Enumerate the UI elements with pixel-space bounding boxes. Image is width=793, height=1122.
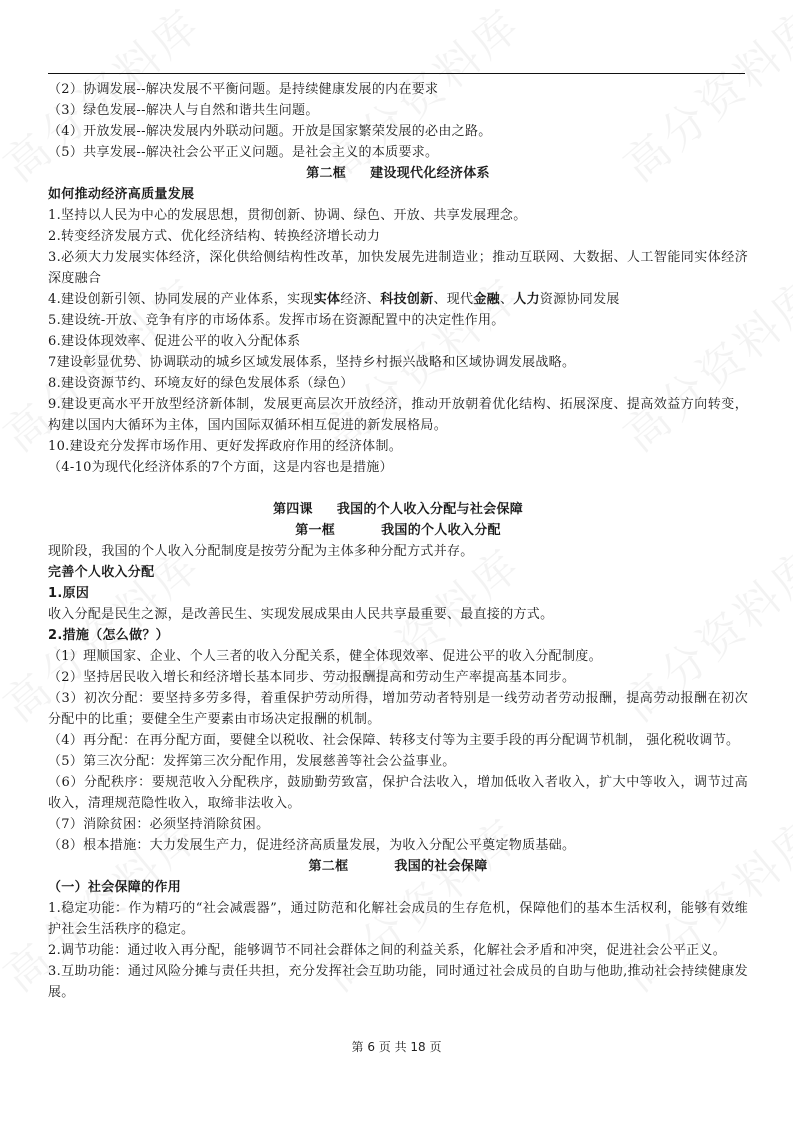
paragraph: 现阶段，我国的个人收入分配制度是按劳分配为主体多种分配方式并存。 bbox=[48, 541, 748, 562]
list-item: （4）再分配：在再分配方面，要健全以税收、社会保障、转移支付等为主要手段的再分配… bbox=[48, 730, 748, 751]
section-heading: 如何推动经济高质量发展 bbox=[48, 184, 748, 205]
list-item: 3.互助功能：通过风险分摊与责任共担，充分发挥社会互助功能，同时通过社会成员的自… bbox=[48, 961, 748, 1003]
section-title: 第二框我国的社会保障 bbox=[48, 856, 748, 877]
list-item: （2）协调发展--解决发展不平衡问题。是持续健康发展的内在要求 bbox=[48, 79, 748, 100]
note: （4-10为现代化经济体系的7个方面，这是内容也是措施） bbox=[48, 457, 748, 478]
section-heading: 完善个人收入分配 bbox=[48, 562, 748, 583]
section-title: 第二框建设现代化经济体系 bbox=[48, 163, 748, 184]
list-item: （8）根本措施：大力发展生产力，促进经济高质量发展，为收入分配公平奠定物质基础。 bbox=[48, 835, 748, 856]
list-item: （1）理顺国家、企业、个人三者的收入分配关系，健全体现效率、促进公平的收入分配制… bbox=[48, 646, 748, 667]
list-item: 7建设彰显优势、协调联动的城乡区域发展体系，坚持乡村振兴战略和区域协调发展战略。 bbox=[48, 352, 748, 373]
page-number: 第 6 页 共 18 页 bbox=[0, 1038, 793, 1055]
list-item: （5）第三次分配：发挥第三次分配作用，发展慈善等社会公益事业。 bbox=[48, 751, 748, 772]
list-item: 10.建设充分发挥市场作用、更好发挥政府作用的经济体制。 bbox=[48, 436, 748, 457]
list-item: 2.调节功能：通过收入再分配，能够调节不同社会群体之间的利益关系，化解社会矛盾和… bbox=[48, 940, 748, 961]
list-item: （6）分配秩序：要规范收入分配秩序，鼓励勤劳致富，保护合法收入，增加低收入者收入… bbox=[48, 772, 748, 814]
list-item: （3）初次分配：要坚持多劳多得，着重保护劳动所得，增加劳动者特别是一线劳动者劳动… bbox=[48, 688, 748, 730]
lesson-title: 第四课我国的个人收入分配与社会保障 bbox=[48, 499, 748, 520]
section-heading: （一）社会保障的作用 bbox=[48, 877, 748, 898]
sub-heading: 1.原因 bbox=[48, 583, 748, 604]
list-item: 4.建设创新引领、协同发展的产业体系，实现实体经济、科技创新、现代金融、人力资源… bbox=[48, 289, 748, 310]
emphasis: 金融 bbox=[473, 292, 500, 307]
list-item: 1.坚持以人民为中心的发展思想，贯彻创新、协调、绿色、开放、共享发展理念。 bbox=[48, 205, 748, 226]
emphasis: 科技创新 bbox=[380, 292, 433, 307]
list-item: 6.建设体现效率、促进公平的收入分配体系 bbox=[48, 331, 748, 352]
list-item: 3.必须大力发展实体经济，深化供给侧结构性改革，加快发展先进制造业；推动互联网、… bbox=[48, 247, 748, 289]
document-body: （2）协调发展--解决发展不平衡问题。是持续健康发展的内在要求 （3）绿色发展-… bbox=[48, 79, 748, 1003]
list-item: 2.转变经济发展方式、优化经济结构、转换经济增长动力 bbox=[48, 226, 748, 247]
list-item: （4）开放发展--解决发展内外联动问题。开放是国家繁荣发展的必由之路。 bbox=[48, 121, 748, 142]
list-item: 5.建设统-开放、竞争有序的市场体系。发挥市场在资源配置中的决定性作用。 bbox=[48, 310, 748, 331]
frame-title: 建设现代化经济体系 bbox=[370, 166, 490, 181]
list-item: （3）绿色发展--解决人与自然和谐共生问题。 bbox=[48, 100, 748, 121]
list-item: （2）坚持居民收入增长和经济增长基本同步、劳动报酬提高和劳动生产率提高基本同步。 bbox=[48, 667, 748, 688]
emphasis: 实体 bbox=[314, 292, 341, 307]
emphasis: 人力 bbox=[513, 292, 540, 307]
list-item: 1.稳定功能：作为精巧的“社会减震器”，通过防范和化解社会成员的生存危机，保障他… bbox=[48, 898, 748, 940]
paragraph: 收入分配是民生之源，是改善民生、实现发展成果由人民共享最重要、最直接的方式。 bbox=[48, 604, 748, 625]
section-title: 第一框我国的个人收入分配 bbox=[48, 520, 748, 541]
header-rule bbox=[48, 73, 745, 74]
list-item: 9.建设更高水平开放型经济新体制，发展更高层次开放经济，推动开放朝着优化结构、拓… bbox=[48, 394, 748, 436]
list-item: 8.建设资源节约、环境友好的绿色发展体系（绿色） bbox=[48, 373, 748, 394]
frame-label: 第二框 bbox=[306, 166, 346, 181]
list-item: （5）共享发展--解决社会公平正义问题。是社会主义的本质要求。 bbox=[48, 142, 748, 163]
list-item: （7）消除贫困：必须坚持消除贫困。 bbox=[48, 814, 748, 835]
sub-heading: 2.措施（怎么做？） bbox=[48, 625, 748, 646]
